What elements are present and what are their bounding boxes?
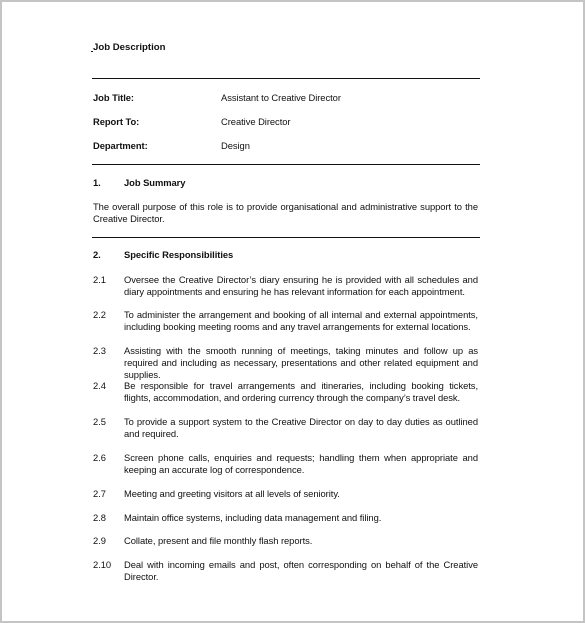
field-label-report-to: Report To:: [93, 116, 139, 128]
item-number: 2.10: [93, 559, 111, 571]
item-number: 2.3: [93, 345, 106, 357]
field-value-report-to: Creative Director: [221, 116, 290, 128]
responsibility-item: Oversee the Creative Director’s diary en…: [124, 274, 478, 298]
responsibility-item: Collate, present and file monthly flash …: [124, 535, 478, 547]
responsibility-item: Meeting and greeting visitors at all lev…: [124, 488, 478, 500]
item-number: 2.7: [93, 488, 106, 500]
responsibility-item: Assisting with the smooth running of mee…: [124, 345, 478, 381]
document-title-text: Job Description: [93, 42, 166, 53]
item-number: 2.2: [93, 309, 106, 321]
divider: [92, 237, 480, 238]
responsibility-item: To administer the arrangement and bookin…: [124, 309, 478, 333]
field-value-job-title: Assistant to Creative Director: [221, 92, 341, 104]
divider: [92, 164, 480, 165]
item-number: 2.4: [93, 380, 106, 392]
item-number: 2.6: [93, 452, 106, 464]
field-value-department: Design: [221, 140, 250, 152]
job-summary-text: The overall purpose of this role is to p…: [93, 201, 478, 225]
responsibility-item: Deal with incoming emails and post, ofte…: [124, 559, 478, 583]
section-title-responsibilities: Specific Responsibilities: [124, 249, 233, 261]
section-number: 2.: [93, 249, 101, 261]
responsibility-item: To provide a support system to the Creat…: [124, 416, 478, 440]
responsibility-item: Be responsible for travel arrangements a…: [124, 380, 478, 404]
section-number: 1.: [93, 177, 101, 189]
item-number: 2.1: [93, 274, 106, 286]
divider: [92, 78, 480, 79]
responsibility-item: Screen phone calls, enquiries and reques…: [124, 452, 478, 476]
item-number: 2.9: [93, 535, 106, 547]
item-number: 2.8: [93, 512, 106, 524]
field-label-job-title: Job Title:: [93, 92, 134, 104]
document-title: Job Description: [91, 42, 166, 53]
section-title-job-summary: Job Summary: [124, 177, 185, 189]
responsibility-item: Maintain office systems, including data …: [124, 512, 478, 524]
item-number: 2.5: [93, 416, 106, 428]
field-label-department: Department:: [93, 140, 148, 152]
